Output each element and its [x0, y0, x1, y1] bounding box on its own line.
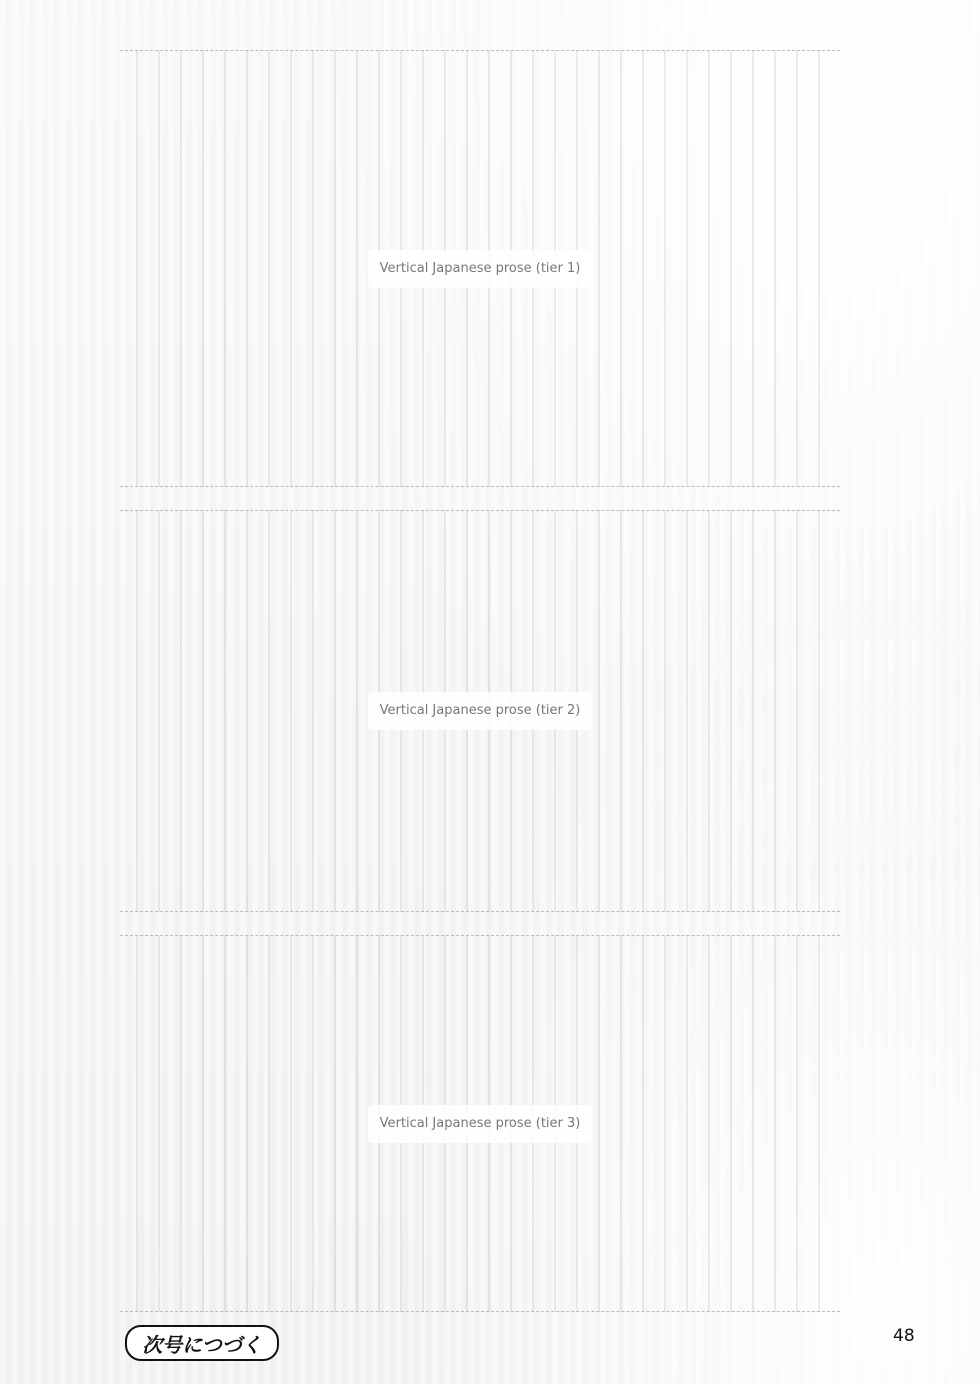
- text-column-top: Vertical Japanese prose (tier 1): [120, 50, 840, 487]
- to-be-continued-badge: 次号につづく: [125, 1325, 279, 1361]
- text-column-bottom: Vertical Japanese prose (tier 3): [120, 935, 840, 1312]
- text-column-middle: Vertical Japanese prose (tier 2): [120, 510, 840, 912]
- column-note: Vertical Japanese prose (tier 2): [368, 692, 593, 730]
- column-note: Vertical Japanese prose (tier 1): [368, 250, 593, 288]
- page-number: 48: [893, 1326, 915, 1346]
- column-note: Vertical Japanese prose (tier 3): [368, 1105, 593, 1143]
